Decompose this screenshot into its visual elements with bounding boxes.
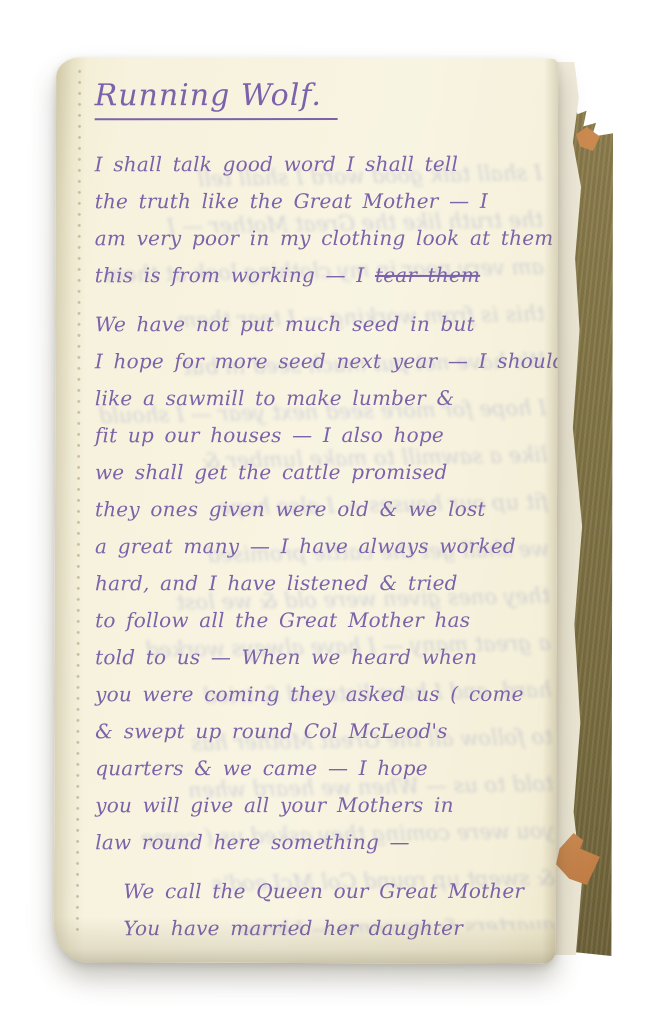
manuscript-line: they ones given were old & we lost — [95, 491, 541, 528]
page-perforation — [76, 67, 81, 936]
handwriting-layer: Running Wolf. I shall talk good word I s… — [95, 76, 542, 955]
manuscript-title-text: Running Wolf. — [95, 76, 338, 120]
manuscript-line: a great many — I have always worked — [95, 528, 541, 565]
manuscript-line: We have not put much seed in but — [95, 306, 541, 343]
manuscript-lines: I shall talk good word I shall tellthe t… — [95, 146, 542, 947]
manuscript-line: fit up our houses — I also hope — [95, 417, 541, 454]
page-right-edge-shading — [542, 59, 558, 964]
manuscript-line: we shall get the cattle promised — [95, 454, 541, 491]
manuscript-line: told to us — When we heard when — [95, 639, 541, 676]
manuscript-line: We call the Queen our Great Mother — [95, 873, 541, 910]
manuscript-line: am very poor in my clothing look at them — [95, 220, 541, 257]
notebook-page: I shall talk good word I shall tellthe t… — [54, 57, 558, 963]
manuscript-line: you were coming they asked us ( come — [95, 676, 541, 713]
manuscript-photo: I shall talk good word I shall tellthe t… — [0, 0, 655, 1024]
manuscript-line: I shall talk good word I shall tell — [95, 146, 541, 183]
page-left-curl-shading — [54, 57, 86, 962]
struck-text: tear them — [375, 263, 480, 287]
manuscript-line: law round here something — — [95, 824, 541, 861]
manuscript-line: to follow all the Great Mother has — [95, 602, 541, 639]
manuscript-line: You have married her daughter — [95, 910, 541, 947]
manuscript-line: quarters & we came — I hope — [95, 750, 541, 787]
manuscript-line: you will give all your Mothers in — [95, 787, 541, 824]
manuscript-line: the truth like the Great Mother — I — [95, 183, 541, 220]
photo-background: { "photo": { "subject": "Handwritten man… — [0, 0, 655, 1024]
manuscript-line: I hope for more seed next year — I shoul… — [95, 343, 541, 380]
manuscript-line: & swept up round Col McLeod's — [95, 713, 541, 750]
manuscript-line: like a sawmill to make lumber & — [95, 380, 541, 417]
manuscript-line: this is from working — I tear them — [95, 257, 541, 294]
manuscript-line: hard, and I have listened & tried — [95, 565, 541, 602]
manuscript-title: Running Wolf. — [95, 76, 541, 120]
